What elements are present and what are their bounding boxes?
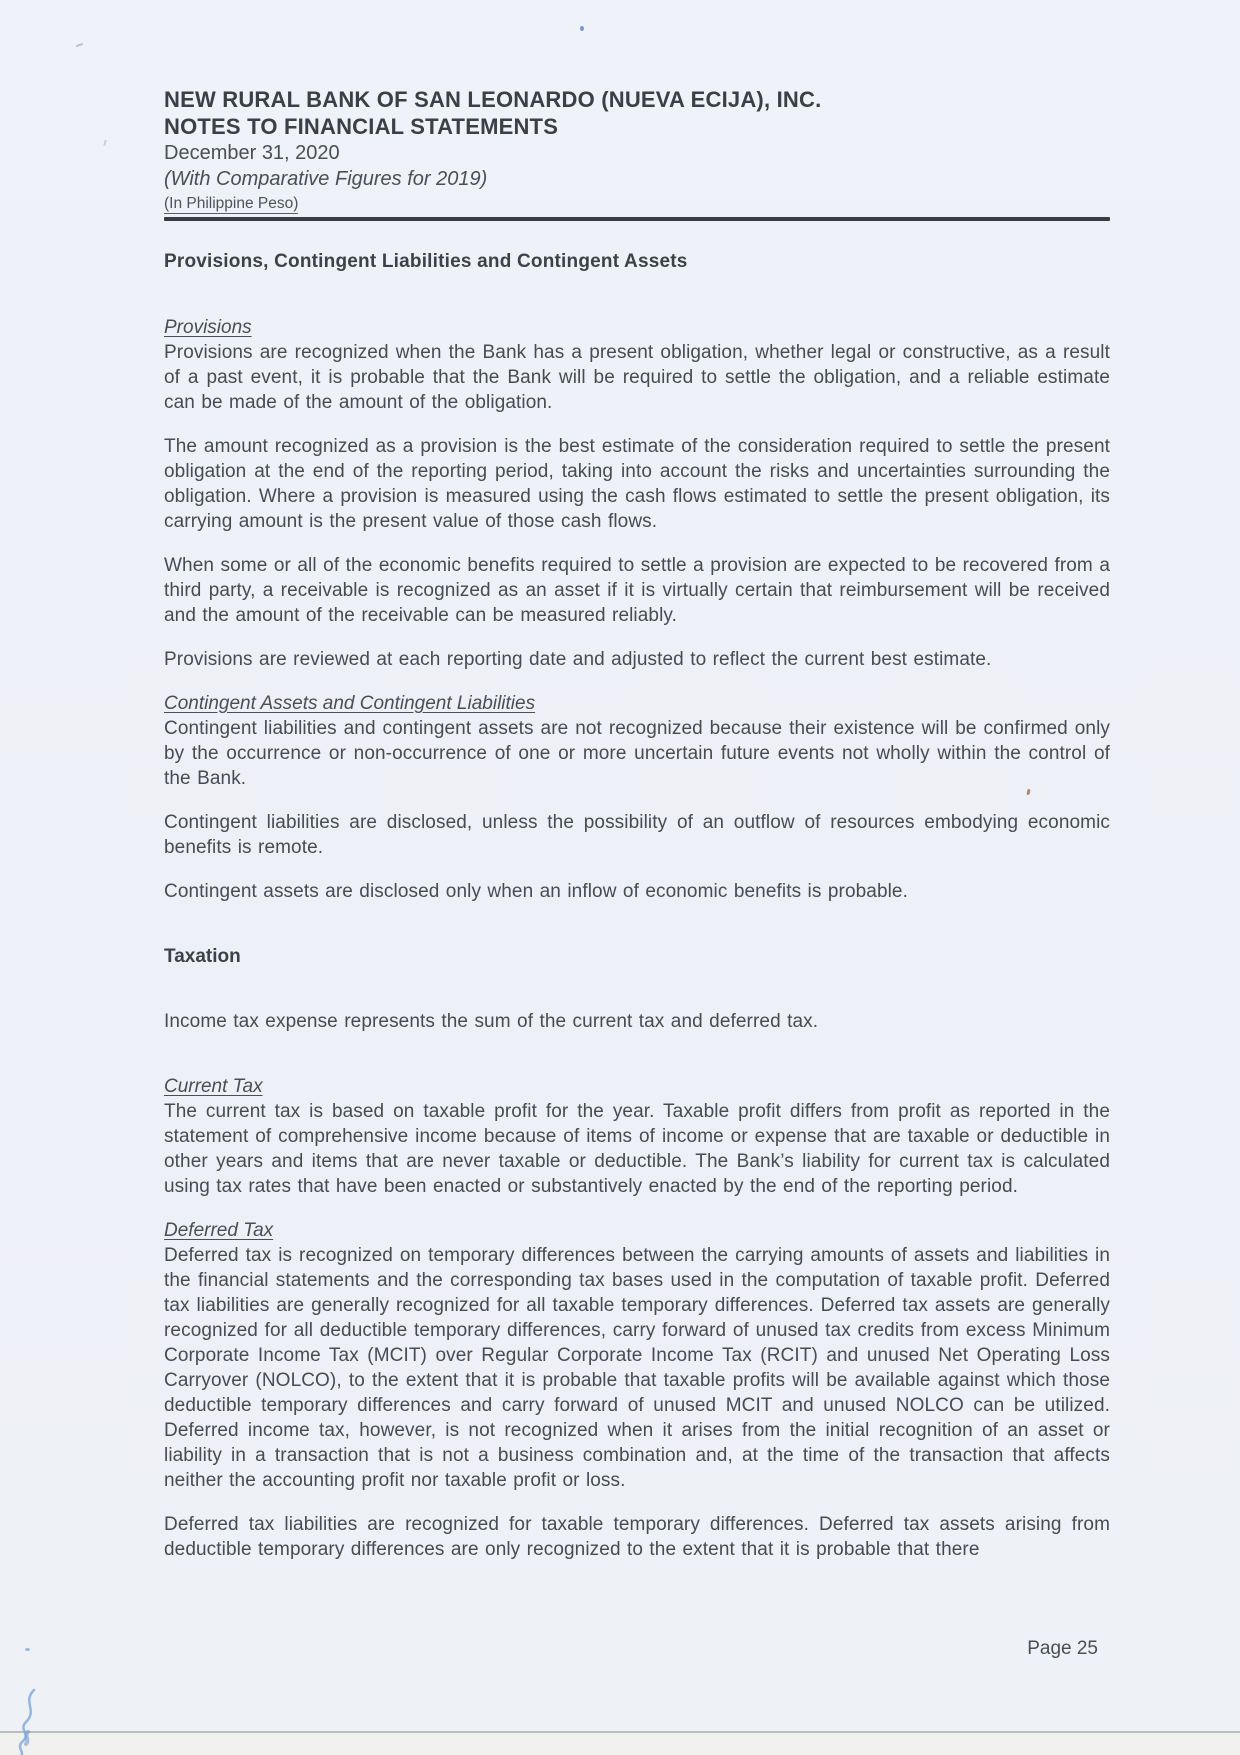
- paragraph: The current tax is based on taxable prof…: [164, 1099, 1110, 1199]
- currency-note: (In Philippine Peso): [164, 193, 1110, 214]
- bank-name: NEW RURAL BANK OF SAN LEONARDO (NUEVA EC…: [164, 86, 1110, 113]
- paragraph: The amount recognized as a provision is …: [164, 434, 1110, 534]
- page-number: Page 25: [1027, 1638, 1098, 1660]
- header-rule: [164, 217, 1110, 221]
- paragraph: Deferred tax is recognized on temporary …: [164, 1243, 1110, 1493]
- document-body: Provisions, Contingent Liabilities and C…: [164, 249, 1110, 1562]
- paper-edge: [0, 1731, 1240, 1755]
- current-tax-heading: Current Tax: [164, 1074, 1110, 1099]
- deferred-tax-heading: Deferred Tax: [164, 1218, 1110, 1243]
- section-title: Provisions, Contingent Liabilities and C…: [164, 249, 1110, 274]
- paragraph: Provisions are reviewed at each reportin…: [164, 647, 1110, 672]
- statement-date: December 31, 2020: [164, 140, 1110, 167]
- document-content: NEW RURAL BANK OF SAN LEONARDO (NUEVA EC…: [164, 86, 1110, 1581]
- document-page: NEW RURAL BANK OF SAN LEONARDO (NUEVA EC…: [0, 0, 1240, 1755]
- scan-speck-icon: [580, 26, 584, 31]
- paragraph: Income tax expense represents the sum of…: [164, 1009, 1110, 1034]
- ink-dot-icon: [25, 1648, 30, 1651]
- deferred-tax-section: Deferred Tax Deferred tax is recognized …: [164, 1218, 1110, 1493]
- scan-speck-icon: [76, 43, 83, 47]
- contingent-heading: Contingent Assets and Contingent Liabili…: [164, 691, 1110, 716]
- comparative-figures-note: (With Comparative Figures for 2019): [164, 167, 1110, 192]
- paragraph: Contingent assets are disclosed only whe…: [164, 879, 1110, 904]
- provisions-section: Provisions Provisions are recognized whe…: [164, 315, 1110, 415]
- contingent-section: Contingent Assets and Contingent Liabili…: [164, 691, 1110, 791]
- taxation-heading: Taxation: [164, 944, 1110, 969]
- paragraph: Deferred tax liabilities are recognized …: [164, 1512, 1110, 1562]
- paragraph: Provisions are recognized when the Bank …: [164, 340, 1110, 415]
- ink-squiggle-icon: [4, 1688, 54, 1755]
- paragraph: When some or all of the economic benefit…: [164, 553, 1110, 628]
- scan-speck-icon: [103, 140, 106, 146]
- provisions-heading: Provisions: [164, 315, 1110, 340]
- paragraph: Contingent liabilities and contingent as…: [164, 716, 1110, 791]
- document-title: NOTES TO FINANCIAL STATEMENTS: [164, 113, 1110, 140]
- document-header: NEW RURAL BANK OF SAN LEONARDO (NUEVA EC…: [164, 86, 1110, 221]
- paragraph: Contingent liabilities are disclosed, un…: [164, 810, 1110, 860]
- current-tax-section: Current Tax The current tax is based on …: [164, 1074, 1110, 1199]
